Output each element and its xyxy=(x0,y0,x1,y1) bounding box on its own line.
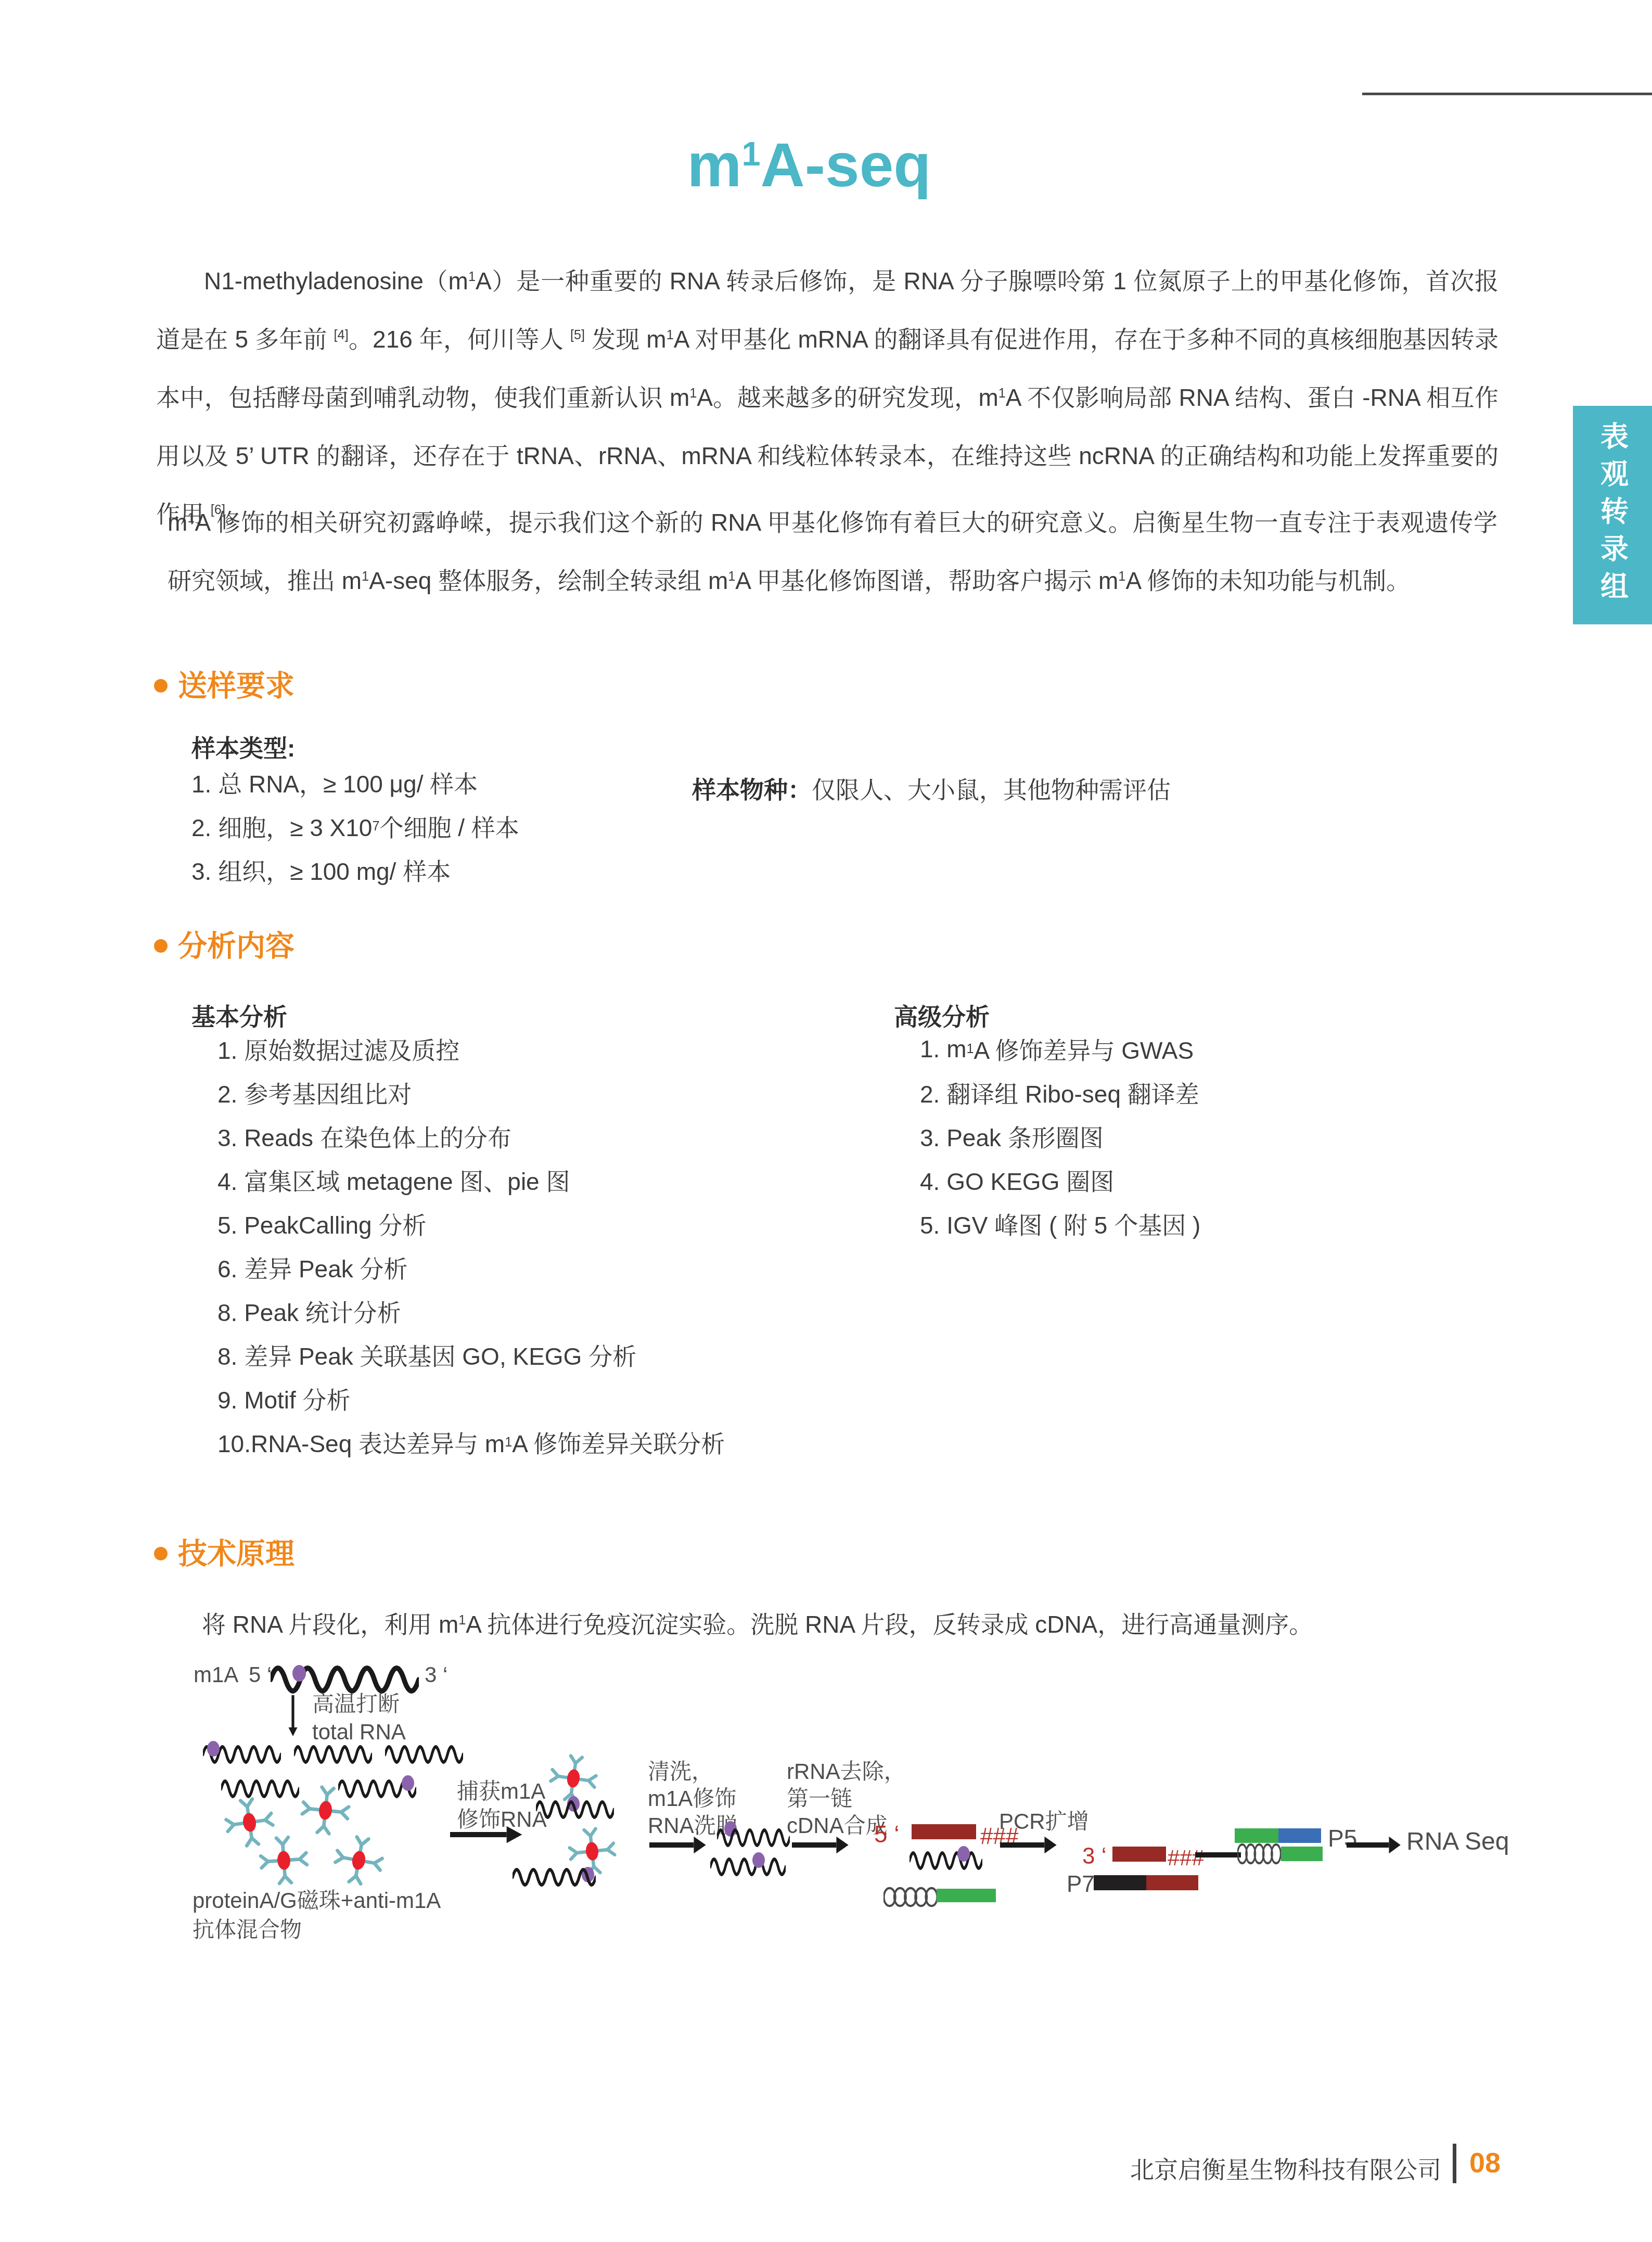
list-item: 3. 组织，≥ 100 mg/ 样本 xyxy=(191,848,519,892)
arrow-right-icon xyxy=(1347,1836,1401,1854)
construct-five-prime-label: 5 ‘ xyxy=(874,1821,900,1848)
sample-species-value: 仅限人、大小鼠，其他物种需评估 xyxy=(812,776,1171,803)
list-item: 1. 总 RNA，≥ 100 μg/ 样本 xyxy=(191,761,519,804)
adapter-bar-black xyxy=(1094,1875,1146,1890)
m1a-site-dot-icon xyxy=(292,1665,306,1682)
arrow-right-icon xyxy=(1000,1836,1057,1854)
p7-label: P7 xyxy=(1067,1872,1095,1897)
list-item: 9. Motif 分析 xyxy=(217,1377,725,1420)
section-bullet-icon xyxy=(154,679,168,693)
rna-fragment-icon xyxy=(910,1850,982,1871)
adapter-bar-blue xyxy=(1278,1828,1321,1843)
section-heading-sample-requirements: 送样要求 xyxy=(154,671,294,700)
three-prime-label: 3 ‘ xyxy=(425,1663,447,1687)
m1a-site-dot-icon xyxy=(402,1775,414,1791)
section-heading-principle: 技术原理 xyxy=(154,1539,294,1568)
principle-text: 将 RNA 片段化，利用 m1A 抗体进行免疫沉淀实验。洗脱 RNA 片段，反转… xyxy=(202,1606,1313,1640)
m1a-site-dot-icon xyxy=(752,1852,765,1868)
sample-type-list: 1. 总 RNA，≥ 100 μg/ 样本 2. 细胞，≥ 3 X107 个细胞… xyxy=(191,761,519,892)
section-heading-analysis-content: 分析内容 xyxy=(154,931,294,960)
antibody-icon xyxy=(298,1783,352,1837)
rna-fragment-icon xyxy=(717,1827,790,1848)
fragmentation-label-line2: total RNA xyxy=(312,1720,406,1744)
adapter-bar-green xyxy=(1281,1847,1323,1861)
m1a-label: m1A xyxy=(194,1663,238,1687)
arrow-right-icon xyxy=(792,1836,849,1854)
list-item: 1. m1A 修饰差异与 GWAS xyxy=(920,1027,1200,1071)
list-item: 8. Peak 统计分析 xyxy=(217,1289,725,1333)
list-item: 4. GO KEGG 圈图 xyxy=(920,1158,1200,1202)
rna-fragment-icon xyxy=(536,1799,614,1820)
rna-fragment-icon xyxy=(710,1856,786,1877)
list-item: 8. 差异 Peak 关联基因 GO, KEGG 分析 xyxy=(217,1333,725,1377)
list-item: 6. 差异 Peak 分析 xyxy=(217,1246,725,1289)
arrow-down-icon xyxy=(283,1695,303,1737)
footer-page-number: 08 xyxy=(1469,2147,1501,2179)
capture-label-line1: 捕获m1A xyxy=(457,1779,545,1803)
rrna-label-line1: rRNA去除， xyxy=(787,1760,906,1784)
arrow-right-icon xyxy=(649,1836,707,1854)
primer-coil-icon xyxy=(1237,1843,1281,1865)
m1a-site-dot-icon xyxy=(207,1741,220,1757)
rna-fragment-icon xyxy=(513,1867,596,1888)
antibody-icon xyxy=(330,1831,387,1889)
pcr-label: PCR扩增 xyxy=(999,1810,1089,1834)
sample-species-label: 样本物种： xyxy=(692,776,812,803)
rnaseq-label: RNA Seq xyxy=(1406,1828,1509,1856)
rrna-label-line3: cDNA合成 xyxy=(787,1814,888,1838)
section-bullet-icon xyxy=(154,939,168,953)
five-prime-label: 5 ‘ xyxy=(249,1663,272,1687)
barcode-hash-label: ### xyxy=(1168,1846,1204,1870)
adapter-bar-dark-red xyxy=(1146,1875,1198,1890)
list-item: 3. Reads 在染色体上的分布 xyxy=(217,1114,725,1158)
list-item: 2. 翻译组 Ribo-seq 翻译差 xyxy=(920,1071,1200,1114)
rna-fragment-icon xyxy=(294,1744,372,1765)
section-title: 技术原理 xyxy=(178,1539,294,1568)
fragmentation-label-line1: 高温打断 xyxy=(312,1692,400,1716)
page-title: m1A-seq xyxy=(0,130,1618,201)
m1a-site-dot-icon xyxy=(957,1846,970,1862)
antibody-icon xyxy=(258,1834,310,1887)
rna-fragment-icon xyxy=(385,1744,463,1765)
adapter-bar-dark-red xyxy=(1112,1847,1166,1862)
beads-label-line2: 抗体混合物 xyxy=(193,1918,302,1942)
wash-label-line2: m1A修饰 xyxy=(648,1787,736,1811)
construct-three-prime-label: 3 ‘ xyxy=(1082,1844,1106,1869)
list-item: 2. 细胞，≥ 3 X107 个细胞 / 样本 xyxy=(191,804,519,848)
sidebar-tab-epitranscriptome: 表观转录组 xyxy=(1573,406,1652,624)
footer-divider xyxy=(1453,2144,1456,2183)
footer-company-name: 北京启衡星生物科技有限公司 xyxy=(963,2151,1441,2185)
list-item: 5. PeakCalling 分析 xyxy=(217,1202,725,1246)
advanced-analysis-list: 1. m1A 修饰差异与 GWAS 2. 翻译组 Ribo-seq 翻译差 3.… xyxy=(920,1027,1200,1246)
list-item: 5. IGV 峰图 ( 附 5 个基因 ) xyxy=(920,1202,1200,1246)
adapter-bar-green xyxy=(937,1889,996,1902)
list-item: 1. 原始数据过滤及质控 xyxy=(217,1027,725,1071)
wash-label-line1: 清洗， xyxy=(648,1760,713,1784)
document-page: 表观转录组 m1A-seq N1-methyladenosine（m1A）是一种… xyxy=(0,0,1652,2242)
section-title: 分析内容 xyxy=(178,931,294,960)
section-bullet-icon xyxy=(154,1547,168,1560)
adapter-bar-dark-red xyxy=(912,1824,976,1839)
section-title: 送样要求 xyxy=(178,671,294,700)
sample-species-line: 样本物种：仅限人、大小鼠，其他物种需评估 xyxy=(692,771,1171,805)
adapter-bar-green xyxy=(1235,1828,1278,1843)
rrna-label-line2: 第一链 xyxy=(787,1787,852,1811)
beads-label-line1: proteinA/G磁珠+anti-m1A xyxy=(193,1889,441,1913)
sample-type-label: 样本类型: xyxy=(191,729,295,764)
basic-analysis-list: 1. 原始数据过滤及质控 2. 参考基因组比对 3. Reads 在染色体上的分… xyxy=(217,1027,725,1464)
arrow-right-icon xyxy=(450,1825,523,1844)
list-item: 2. 参考基因组比对 xyxy=(217,1071,725,1114)
intro-paragraph-2: m1A 修饰的相关研究初露峥嵘，提示我们这个新的 RNA 甲基化修饰有着巨大的研… xyxy=(168,493,1497,610)
list-item: 4. 富集区域 metagene 图、pie 图 xyxy=(217,1158,725,1202)
connector-line xyxy=(1195,1852,1241,1857)
list-item: 3. Peak 条形圈图 xyxy=(920,1114,1200,1158)
top-right-rule xyxy=(1362,93,1652,95)
sidebar-tab-label: 表观转录组 xyxy=(1593,421,1633,609)
primer-coil-icon xyxy=(883,1887,938,1907)
list-item: 10.RNA-Seq 表达差异与 m1A 修饰差异关联分析 xyxy=(217,1420,725,1464)
